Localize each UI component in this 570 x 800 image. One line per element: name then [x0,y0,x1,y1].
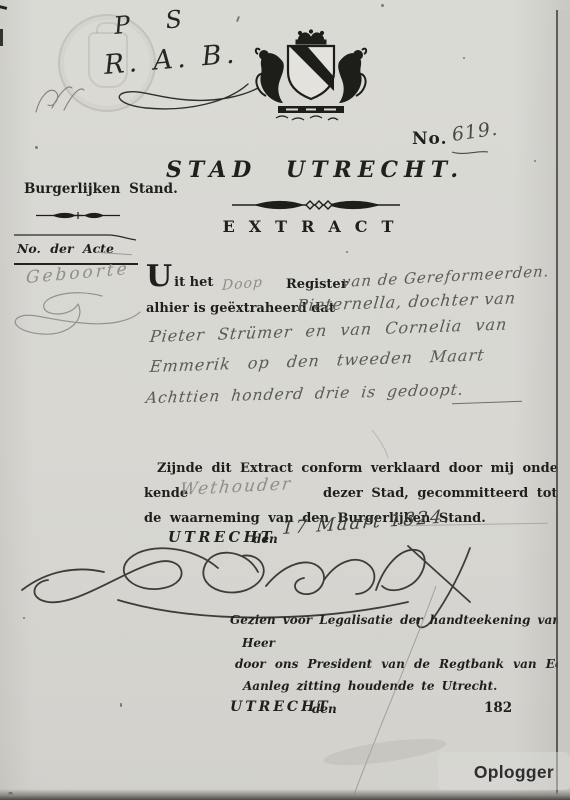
paper-speck [23,617,25,619]
watermark-label: Oplogger [474,762,554,783]
pencil-stray-marks [0,0,570,800]
page-edge-strip [558,10,570,800]
paper-speck [346,251,348,253]
paper-speck [120,703,122,707]
paper-speck [381,4,384,7]
paper-speck [534,160,536,162]
scanned-document-page: P S R. A. B. No. 619 [0,0,570,800]
bottom-scan-shadow [0,789,570,800]
paper-speck [463,57,465,59]
paper-speck [35,146,38,149]
